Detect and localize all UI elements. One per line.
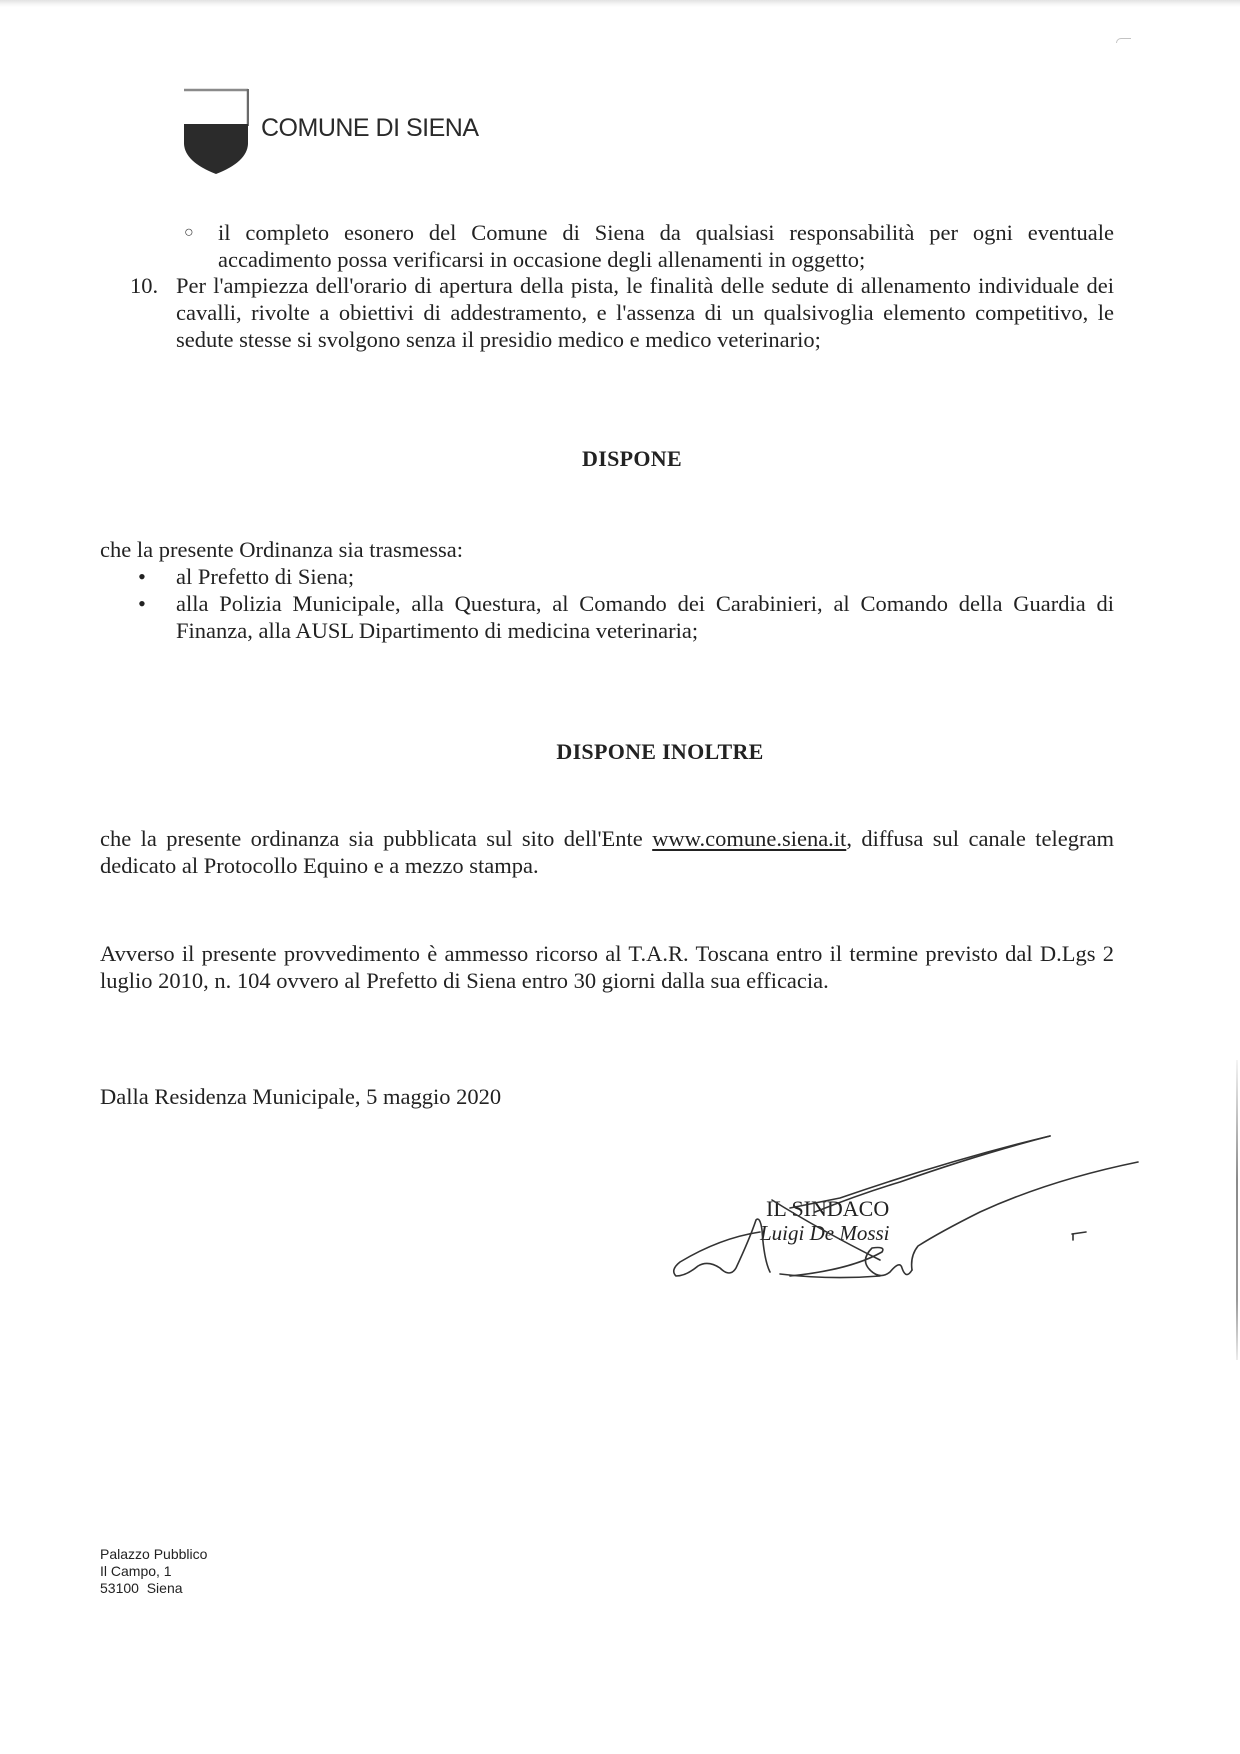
list-item-number: 10. [130, 272, 158, 299]
section-heading-dispone-inoltre: DISPONE INOLTRE [40, 739, 1240, 765]
address-line: Il Campo, 1 [100, 1563, 207, 1580]
list-item-exemption: ○ il completo esonero del Comune di Sien… [218, 219, 1114, 273]
signature-block: IL SINDACO Luigi De Mossi [650, 1120, 1140, 1300]
scan-top-edge [0, 0, 1240, 7]
address-line: 53100 Siena [100, 1580, 207, 1597]
circle-bullet-icon: ○ [184, 219, 194, 246]
list-item-text: Per l'ampiezza dell'orario di apertura d… [176, 273, 1114, 352]
handwritten-signature-icon [650, 1120, 1140, 1300]
bullet-icon: • [138, 563, 146, 590]
scan-artifact [1116, 38, 1131, 43]
place-date: Dalla Residenza Municipale, 5 maggio 202… [100, 1083, 501, 1110]
paragraph-ricorso: Avverso il presente provvedimento è amme… [100, 940, 1114, 994]
list-item-recipient: • alla Polizia Municipale, alla Questura… [176, 590, 1114, 644]
list-item-text: il completo esonero del Comune di Siena … [218, 220, 1114, 272]
municipality-name: COMUNE DI SIENA [261, 114, 479, 143]
scan-right-edge [1236, 1060, 1238, 1360]
recipient-text: al Prefetto di Siena; [176, 564, 354, 589]
paragraph-pubblicazione: che la presente ordinanza sia pubblicata… [100, 825, 1114, 879]
shield-coat-of-arms-icon [183, 86, 249, 174]
list-item-recipient: • al Prefetto di Siena; [176, 563, 1114, 590]
paragraph-text: che la presente ordinanza sia pubblicata… [100, 826, 652, 851]
recipient-text: alla Polizia Municipale, alla Questura, … [176, 591, 1114, 643]
bullet-icon: • [138, 590, 146, 617]
recipients-list: • al Prefetto di Siena; • alla Polizia M… [176, 563, 1114, 644]
website-link[interactable]: www.comune.siena.it [652, 826, 846, 851]
paragraph-trasmessa: che la presente Ordinanza sia trasmessa: [100, 536, 463, 563]
address-line: Palazzo Pubblico [100, 1546, 207, 1563]
list-item-10: 10. Per l'ampiezza dell'orario di apertu… [176, 272, 1114, 353]
section-heading-dispone: DISPONE [12, 446, 1240, 472]
address-footer: Palazzo Pubblico Il Campo, 1 53100 Siena [100, 1546, 207, 1597]
